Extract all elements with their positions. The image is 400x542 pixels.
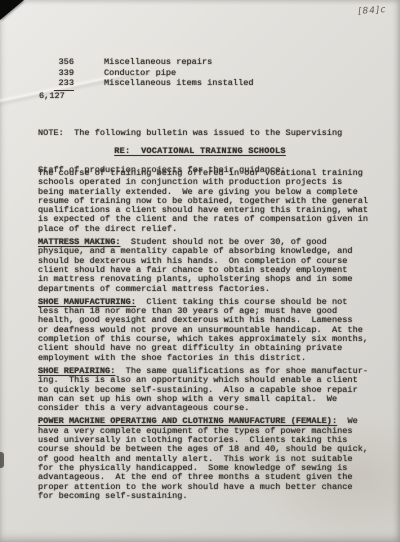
- text-line: consider this a very advantageous course…: [38, 404, 378, 413]
- paragraph: SHOE REPAIRING: The same qualifications …: [38, 367, 378, 413]
- ledger-total: 6,127: [39, 91, 65, 101]
- scanned-document: [84]c 356Miscellaneous repairs339Conduct…: [0, 0, 400, 542]
- paragraph: MATTRESS MAKING: Student should not be o…: [38, 238, 378, 294]
- paragraph: The course of training being offered in …: [38, 169, 378, 234]
- paragraph: POWER MACHINE OPERATING AND CLOTHING MAN…: [38, 417, 378, 501]
- text-line: employment with the shoe factories in th…: [38, 354, 378, 363]
- ledger-qty: 233: [54, 78, 74, 91]
- paper-background: [84]c 356Miscellaneous repairs339Conduct…: [0, 0, 400, 542]
- photo-corner-top-left: [0, 0, 24, 20]
- document-title: RE: VOCATIONAL TRAINING SCHOOLS: [0, 146, 400, 156]
- ledger-list: 356Miscellaneous repairs339Conductor pip…: [54, 57, 254, 91]
- ledger-qty: 356: [54, 57, 74, 68]
- ledger-row: 356Miscellaneous repairs: [54, 57, 254, 68]
- text-line: place of the direct relief.: [38, 225, 378, 234]
- text-line: departments of commercial mattress facto…: [38, 285, 378, 294]
- paragraph: SHOE MANUFACTURING: Client taking this c…: [38, 298, 378, 363]
- document-body: The course of training being offered in …: [38, 169, 378, 505]
- ledger-item: Conductor pipe: [104, 68, 176, 78]
- handwritten-annotation: [84]c: [357, 5, 386, 17]
- ledger-row: 339Conductor pipe: [54, 68, 254, 79]
- ledger-qty: 339: [54, 68, 74, 79]
- left-edge-mark: [0, 452, 4, 468]
- ledger-item: Miscellaneous items installed: [104, 78, 254, 88]
- note-line-1: NOTE: The following bulletin was issued …: [38, 128, 342, 138]
- ledger-row: 233Miscellaneous items installed: [54, 78, 254, 91]
- section-heading: POWER MACHINE OPERATING AND CLOTHING MAN…: [38, 416, 337, 426]
- ledger-item: Miscellaneous repairs: [104, 57, 212, 67]
- text-line: for becoming self-sustaining.: [38, 492, 378, 501]
